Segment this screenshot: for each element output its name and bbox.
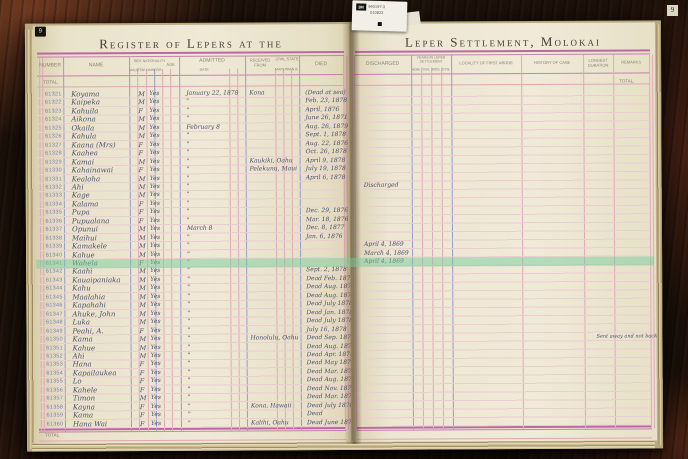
register-number-cell: 61346 xyxy=(42,302,66,311)
nationality-cell: Yes xyxy=(150,200,160,209)
admitted-date-cell: " xyxy=(188,369,191,378)
column-header-age: Age xyxy=(162,63,179,68)
column-header-admitted: Admitted xyxy=(179,59,245,64)
register-number-cell: 61360 xyxy=(43,420,67,429)
column-header-years-group: Years in Leper Settlement xyxy=(411,55,451,63)
register-number-cell: 61322 xyxy=(41,99,65,108)
register-number-cell: 61333 xyxy=(42,192,66,201)
nationality-cell: Yes xyxy=(149,132,159,141)
column-header-years-mos: Mos. xyxy=(431,67,441,71)
sex-cell: M xyxy=(138,98,145,107)
admitted-date-cell: " xyxy=(187,309,190,318)
register-number-cell: 61359 xyxy=(43,412,67,421)
total-label-bottom: Total. xyxy=(45,432,60,437)
column-header-married: Mar. xyxy=(275,67,283,71)
sex-cell: M xyxy=(139,191,146,200)
admitted-date-cell: " xyxy=(187,149,190,158)
sex-cell: F xyxy=(140,377,145,386)
died-date-cell: Dec. 29, 1876 xyxy=(306,207,348,216)
admitted-date-cell: January 22, 1878 xyxy=(186,90,238,99)
nationality-cell: Yes xyxy=(150,234,160,243)
register-number-cell: 61321 xyxy=(41,90,65,99)
received-from-cell: Kalihi, Oahu xyxy=(251,419,289,428)
name-cell: Pupa xyxy=(72,209,90,218)
sex-cell: M xyxy=(139,251,146,260)
sex-cell: M xyxy=(140,394,147,403)
sex-cell: F xyxy=(140,411,145,420)
column-header-not-known: N.K. xyxy=(291,67,299,71)
column-header-civil-state: Civil State xyxy=(273,57,301,62)
register-number-cell: 61357 xyxy=(43,395,67,404)
nationality-cell: Yes xyxy=(151,360,161,369)
register-number-cell: 61350 xyxy=(43,336,67,345)
column-header-remarks: Remarks xyxy=(613,60,649,65)
name-cell: Ahi xyxy=(73,352,85,361)
nationality-cell: Yes xyxy=(150,225,160,234)
nationality-cell: Yes xyxy=(149,141,159,150)
register-number-cell: 61349 xyxy=(42,327,66,336)
column-header-longest: Longest Duration xyxy=(583,59,613,68)
rule xyxy=(37,51,344,55)
nationality-cell: Yes xyxy=(151,411,161,420)
total-label-top: Total. xyxy=(43,79,58,84)
register-number-cell: 61332 xyxy=(42,183,66,192)
rule xyxy=(39,430,346,433)
nationality-cell: Yes xyxy=(150,166,160,175)
name-cell: Pupualana xyxy=(72,217,110,226)
sex-cell: F xyxy=(139,208,144,217)
admitted-date-cell: " xyxy=(187,233,190,242)
column-header-male: Male xyxy=(129,68,137,72)
nationality-cell: Yes xyxy=(150,158,160,167)
register-number-cell: 61352 xyxy=(43,352,67,361)
name-cell: Hana Wai xyxy=(73,420,107,429)
admitted-date-cell: " xyxy=(188,419,191,428)
nationality-cell: Yes xyxy=(150,327,160,336)
admitted-date-cell: " xyxy=(187,217,190,226)
register-number-cell: 61345 xyxy=(42,293,66,302)
column-header-history: History of Case xyxy=(521,61,583,66)
admitted-date-cell: " xyxy=(187,191,190,200)
admitted-date-cell: " xyxy=(187,242,190,251)
name-cell: Kaipeka xyxy=(71,99,100,108)
admitted-date-cell: March 8 xyxy=(187,225,213,234)
name-cell: Kage xyxy=(72,192,90,201)
nationality-cell: Yes xyxy=(150,301,160,310)
admitted-date-cell: " xyxy=(186,98,189,107)
sex-cell: F xyxy=(140,386,145,395)
sex-cell: M xyxy=(139,234,146,243)
name-cell: Kama xyxy=(73,411,93,420)
name-cell: Timon xyxy=(73,394,95,403)
name-cell: Kealoha xyxy=(72,175,101,184)
column-header-died: Died xyxy=(299,62,343,67)
nationality-cell: Yes xyxy=(150,293,160,302)
died-date-cell: Sept. 1, 1878 xyxy=(305,131,346,140)
died-date-cell: Jan. 6, 1876 xyxy=(306,233,343,242)
column-header-discharged: Discharged xyxy=(354,62,411,67)
admitted-date-cell: " xyxy=(188,343,191,352)
sex-cell: M xyxy=(139,225,146,234)
admitted-date-cell: " xyxy=(187,183,190,192)
name-cell: Kahu xyxy=(72,285,90,294)
register-number-cell: 61331 xyxy=(42,175,66,184)
died-date-cell: Dec. 8, 1877 xyxy=(306,224,344,233)
register-number-cell: 61326 xyxy=(41,133,65,142)
received-from-cell: Kaukiki, Oahu xyxy=(250,157,293,166)
register-number-cell: 61330 xyxy=(42,167,66,176)
register-number-cell: 61343 xyxy=(42,276,66,285)
sex-cell: M xyxy=(139,242,146,251)
admitted-date-cell: " xyxy=(186,107,189,116)
admitted-date-cell: " xyxy=(188,386,191,395)
admitted-date-cell: " xyxy=(187,166,190,175)
admitted-date-cell: " xyxy=(188,402,191,411)
nationality-cell: Yes xyxy=(150,174,160,183)
sex-cell: F xyxy=(138,107,143,116)
discharged-cell: April 4, 1869 xyxy=(364,241,404,250)
sex-cell: M xyxy=(139,276,146,285)
rule xyxy=(37,74,344,77)
sex-cell: M xyxy=(139,310,146,319)
tag-brand-label: 3M xyxy=(356,3,366,10)
nationality-cell: Yes xyxy=(149,90,159,99)
admitted-date-cell: " xyxy=(188,377,191,386)
name-cell: Kaana (Mrs) xyxy=(71,141,115,150)
register-number-cell: 61335 xyxy=(42,209,66,218)
received-from-cell: Kona xyxy=(249,89,264,98)
library-tag: 3M 940197-3 010823 xyxy=(352,0,408,31)
admitted-date-cell: " xyxy=(186,132,189,141)
total-label-right: Total. xyxy=(619,78,634,83)
name-cell: Kahainawai xyxy=(72,166,113,175)
nationality-cell: Yes xyxy=(151,343,161,352)
name-cell: Kahue xyxy=(73,344,96,353)
admitted-date-cell: " xyxy=(188,352,191,361)
register-number-cell: 61337 xyxy=(42,226,66,235)
admitted-date-cell: " xyxy=(186,140,189,149)
column-header-locality: Locality of First Abode xyxy=(451,61,521,66)
register-number-cell: 61356 xyxy=(43,386,67,395)
discharged-cell: Discharged xyxy=(364,182,399,191)
name-cell: Kamakele xyxy=(72,242,107,251)
nationality-cell: Yes xyxy=(150,149,160,158)
register-number-cell: 61355 xyxy=(43,378,67,387)
died-date-cell: Dead xyxy=(307,410,323,419)
register-row-right xyxy=(357,417,651,427)
name-cell: Maihui xyxy=(72,234,97,243)
sex-cell: F xyxy=(140,403,145,412)
sex-cell: F xyxy=(138,141,143,150)
nationality-cell: Yes xyxy=(150,276,160,285)
rule xyxy=(357,437,652,440)
column-header-foreigner: For. xyxy=(154,68,162,72)
sex-cell: F xyxy=(139,217,144,226)
name-cell: Luka xyxy=(72,318,90,327)
name-cell: Ahi xyxy=(72,183,84,192)
sex-cell: M xyxy=(139,284,146,293)
column-header-unmarried: Unm. xyxy=(283,67,291,71)
left-page: 9 Register of Lepers at the Number Name xyxy=(33,24,351,444)
column-header-number: Number xyxy=(37,63,63,68)
sex-cell: M xyxy=(139,175,146,184)
nationality-cell: Yes xyxy=(150,242,160,251)
sex-cell: F xyxy=(139,327,144,336)
register-number-cell: 61353 xyxy=(43,361,67,370)
nationality-cell: Yes xyxy=(150,251,160,260)
admitted-date-cell: " xyxy=(187,250,190,259)
discharged-cell: March 4, 1869 xyxy=(364,249,409,258)
admitted-date-cell: " xyxy=(187,174,190,183)
died-date-cell: July 19, 1878 xyxy=(306,165,346,174)
name-cell: Peahi, A. xyxy=(72,327,103,336)
name-cell: Kapailaukea xyxy=(73,369,117,378)
column-header-received-from: Received From xyxy=(245,58,275,67)
register-number-cell: 61348 xyxy=(42,319,66,328)
nationality-cell: Yes xyxy=(150,217,160,226)
register-number-cell: 61327 xyxy=(41,141,65,150)
nationality-cell: Yes xyxy=(150,284,160,293)
name-cell: Kayna xyxy=(73,403,95,412)
sex-cell: F xyxy=(140,360,145,369)
admitted-date-cell: " xyxy=(188,360,191,369)
died-date-cell: April 9, 1878 xyxy=(306,157,346,166)
admitted-date-cell: " xyxy=(187,293,190,302)
register-number-cell: 61351 xyxy=(43,344,67,353)
rule xyxy=(39,439,346,442)
column-header-name: Name xyxy=(63,63,129,68)
tag-text-line2: 010823 xyxy=(370,10,383,15)
admitted-date-cell: " xyxy=(188,394,191,403)
nationality-cell: Yes xyxy=(151,352,161,361)
register-number-cell: 61325 xyxy=(41,124,65,133)
page-number-badge-left: 9 xyxy=(35,27,46,37)
column-header-years-adm: Adm. xyxy=(411,68,421,72)
received-from-cell: Pelekunu, Maui xyxy=(250,165,297,174)
died-date-cell: April, 1876 xyxy=(305,106,339,115)
admitted-date-cell: " xyxy=(187,208,190,217)
admitted-date-cell: " xyxy=(188,411,191,420)
register-number-cell: 61339 xyxy=(42,243,66,252)
sex-cell: M xyxy=(140,335,147,344)
register-number-cell: 61336 xyxy=(42,217,66,226)
sex-cell: M xyxy=(138,115,145,124)
name-cell: Kahula xyxy=(71,133,96,142)
remarks-cell: Sent away and not back, 1878 xyxy=(597,332,658,341)
sex-cell: M xyxy=(139,183,146,192)
sex-cell: M xyxy=(138,90,145,99)
died-date-cell: Oct. 26, 1878 xyxy=(306,148,347,157)
died-date-cell: April 6, 1878 xyxy=(306,173,346,182)
admitted-date-cell: " xyxy=(187,267,190,276)
nationality-cell: Yes xyxy=(149,98,159,107)
nationality-cell: Yes xyxy=(150,191,160,200)
admitted-date-cell: " xyxy=(187,276,190,285)
page-title-left: Register of Lepers at the xyxy=(33,35,349,53)
nationality-cell: Yes xyxy=(150,267,160,276)
nationality-cell: Yes xyxy=(151,394,161,403)
ledger-book: 9 Register of Lepers at the Number Name xyxy=(25,20,663,451)
photo-stage: 3M 940197-3 010823 9 Register of Lepers … xyxy=(0,0,688,459)
rule xyxy=(355,49,650,53)
register-number-cell: 61334 xyxy=(42,200,66,209)
nationality-cell: Yes xyxy=(151,420,161,429)
name-cell: Aikona xyxy=(71,116,95,125)
sex-cell: F xyxy=(140,420,145,429)
admitted-date-cell: " xyxy=(187,200,190,209)
column-header-admitted-date: Date xyxy=(179,68,229,72)
sex-cell: M xyxy=(138,124,145,133)
died-date-cell: Sept. 2, 1878 xyxy=(306,266,347,275)
sex-cell: M xyxy=(139,293,146,302)
name-cell: Opunui xyxy=(72,225,98,234)
name-cell: Maalahia xyxy=(72,293,105,302)
name-cell: Kaahi xyxy=(72,268,92,277)
received-from-cell: Honolulu, Oahu xyxy=(251,334,299,343)
sex-cell: F xyxy=(139,149,144,158)
name-cell: Kahue xyxy=(72,251,95,260)
register-row: 61360 Hana Wai F Yes " Kalihi, Oahu Dead… xyxy=(39,419,345,429)
column-header-years-yrs: Yrs. xyxy=(421,68,431,72)
column-header-female: Fem. xyxy=(137,68,146,72)
nationality-cell: Yes xyxy=(151,386,161,395)
page-title-right: Leper Settlement, Molokai xyxy=(351,33,655,51)
right-page: Leper Settlement, Molokai Discharged Yea… xyxy=(351,22,657,442)
name-cell: Kalama xyxy=(72,200,99,209)
name-cell: Kaahea xyxy=(72,149,98,158)
tag-text-line1: 940197-3 xyxy=(368,4,385,9)
name-cell: Kauaipaniaka xyxy=(72,276,120,285)
nationality-cell: Yes xyxy=(150,183,160,192)
register-number-cell: 61323 xyxy=(41,107,65,116)
name-cell: Kamai xyxy=(72,158,94,167)
sex-cell: M xyxy=(139,267,146,276)
rule xyxy=(355,83,650,86)
name-cell: Hana xyxy=(73,361,92,370)
rule xyxy=(37,85,344,88)
name-cell: Ahuke, John xyxy=(72,310,115,319)
register-number-cell: 61329 xyxy=(42,158,66,167)
book-gutter xyxy=(342,22,362,444)
name-cell: Lo xyxy=(73,378,82,387)
nationality-cell: Yes xyxy=(150,208,160,217)
nationality-cell: Yes xyxy=(151,377,161,386)
tag-punch-hole xyxy=(378,22,382,26)
register-number-cell: 61328 xyxy=(42,150,66,159)
nationality-cell: Yes xyxy=(151,403,161,412)
sex-cell: M xyxy=(139,301,146,310)
admitted-date-cell: " xyxy=(186,115,189,124)
register-number-cell: 61358 xyxy=(43,403,67,412)
died-date-cell: June 26, 1871 xyxy=(305,114,347,123)
died-date-cell: July 16, 1878 xyxy=(306,326,346,335)
register-number-cell: 61342 xyxy=(42,268,66,277)
sex-cell: M xyxy=(140,344,147,353)
sex-cell: M xyxy=(138,132,145,141)
register-number-cell: 61338 xyxy=(42,234,66,243)
nationality-cell: Yes xyxy=(149,124,159,133)
admitted-date-cell: February 8 xyxy=(186,123,220,132)
name-cell: Koyama xyxy=(71,90,99,99)
admitted-date-cell: " xyxy=(187,301,190,310)
name-cell: Okaila xyxy=(71,124,94,133)
sex-cell: F xyxy=(139,166,144,175)
admitted-date-cell: " xyxy=(187,284,190,293)
register-number-cell: 61324 xyxy=(41,116,65,125)
name-cell: Kahuila xyxy=(71,107,98,116)
column-header-hawaiian: Haw. xyxy=(146,68,154,72)
admitted-date-cell: " xyxy=(187,157,190,166)
name-cell: Kama xyxy=(73,335,93,344)
rule xyxy=(357,428,652,431)
received-from-cell: Kona, Hawaii xyxy=(251,402,292,411)
name-cell: Kapahahi xyxy=(72,301,106,310)
sex-cell: M xyxy=(139,158,146,167)
sex-cell: M xyxy=(139,318,146,327)
died-date-cell: Feb. 23, 1878 xyxy=(305,97,347,106)
sex-cell: M xyxy=(140,352,147,361)
register-number-cell: 61340 xyxy=(42,251,66,260)
page-number-badge-right: 9 xyxy=(667,5,678,16)
sex-cell: F xyxy=(139,200,144,209)
admitted-date-cell: " xyxy=(188,335,191,344)
nationality-cell: Yes xyxy=(150,310,160,319)
nationality-cell: Yes xyxy=(149,115,159,124)
register-number-cell: 61354 xyxy=(43,369,67,378)
admitted-date-cell: " xyxy=(187,326,190,335)
name-cell: Kahele xyxy=(73,386,97,395)
register-number-cell: 61344 xyxy=(42,285,66,294)
rule xyxy=(355,53,650,56)
nationality-cell: Yes xyxy=(151,369,161,378)
register-number-cell: 61347 xyxy=(42,310,66,319)
nationality-cell: Yes xyxy=(150,318,160,327)
column-header-years-dys: Dys. xyxy=(441,67,451,71)
nationality-cell: Yes xyxy=(151,335,161,344)
nationality-cell: Yes xyxy=(149,107,159,116)
admitted-date-cell: " xyxy=(187,318,190,327)
rule xyxy=(355,72,650,75)
sex-cell: F xyxy=(140,369,145,378)
died-date-cell: (Dead at sea) xyxy=(305,89,346,98)
